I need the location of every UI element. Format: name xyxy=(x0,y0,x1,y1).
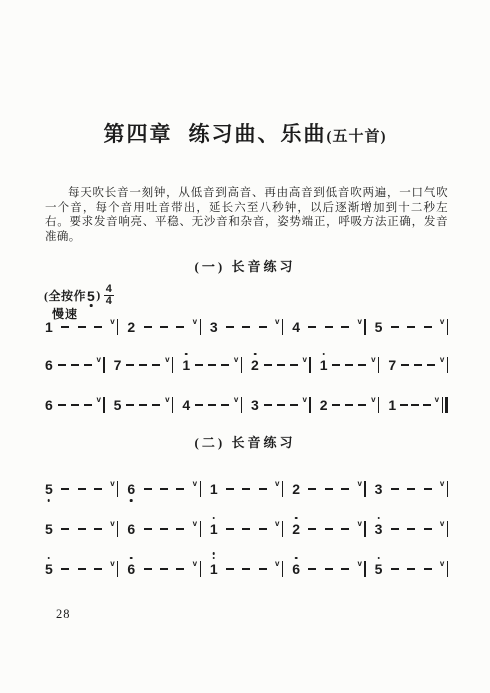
octave-dot-above xyxy=(212,552,215,555)
measure-end: v xyxy=(440,319,448,335)
octave-dot-below xyxy=(130,499,133,502)
measure-end: v xyxy=(193,481,201,497)
duration-dash xyxy=(341,488,349,490)
duration-dash xyxy=(277,364,285,366)
note: 6 xyxy=(127,482,135,496)
duration-dash xyxy=(242,528,250,530)
note: 5 xyxy=(114,398,122,412)
note: 7 xyxy=(114,358,122,372)
duration-dash xyxy=(61,528,69,530)
duration-dash xyxy=(391,488,399,490)
duration-dash xyxy=(160,528,168,530)
notation-line: 5v6v1v2v3v xyxy=(45,478,448,500)
duration-dash xyxy=(424,528,432,530)
duration-dash xyxy=(221,404,229,406)
measure-end: v xyxy=(303,357,311,373)
note: 5 xyxy=(45,562,53,576)
measure: 1v xyxy=(379,394,448,416)
breath-mark: v xyxy=(234,355,238,364)
duration-dash xyxy=(325,568,333,570)
note: 4 xyxy=(182,398,190,412)
measure-end: v xyxy=(440,357,448,373)
duration-dash xyxy=(358,364,366,366)
key-suffix: ) xyxy=(96,288,101,303)
note: 5 xyxy=(375,320,383,334)
duration-dash xyxy=(325,528,333,530)
measure-end: v xyxy=(275,481,283,497)
measure-end: v xyxy=(275,319,283,335)
duration-dash xyxy=(58,364,66,366)
measure-end: v xyxy=(96,357,104,373)
duration-dash xyxy=(160,568,168,570)
duration-dash xyxy=(407,568,415,570)
notation-line: 5v6v1v2v3v xyxy=(45,518,448,540)
breath-mark: v xyxy=(165,395,169,404)
duration-dash xyxy=(61,568,69,570)
duration-dash xyxy=(160,488,168,490)
duration-dash xyxy=(308,326,316,328)
breath-mark: v xyxy=(110,317,114,326)
measure: 5v xyxy=(366,558,448,580)
measure-end: v xyxy=(371,357,379,373)
time-signature-lower: 4 xyxy=(106,296,113,307)
duration-dash xyxy=(94,488,102,490)
duration-dash xyxy=(259,326,267,328)
measure: 2v xyxy=(283,478,365,500)
measure-end: v xyxy=(357,561,365,577)
note: 5 xyxy=(45,522,53,536)
note: 2 xyxy=(292,522,300,536)
measure-end: v xyxy=(357,521,365,537)
duration-dash xyxy=(290,364,298,366)
note: 1 xyxy=(182,358,190,372)
note: 5 xyxy=(375,562,383,576)
measure: 1v xyxy=(311,354,380,376)
duration-dash xyxy=(176,326,184,328)
duration-dash xyxy=(401,364,409,366)
section-heading-2: (二) 长音练习 xyxy=(0,432,490,451)
breath-mark: v xyxy=(440,559,444,568)
breath-mark: v xyxy=(275,479,279,488)
octave-dot-above xyxy=(254,353,257,356)
breath-mark: v xyxy=(371,355,375,364)
duration-dash xyxy=(221,364,229,366)
duration-dash xyxy=(195,364,203,366)
measure-end: v xyxy=(275,561,283,577)
breath-mark: v xyxy=(435,395,439,404)
duration-dash xyxy=(78,488,86,490)
chapter-title-text: 练习曲、乐曲 xyxy=(189,118,327,148)
note: 4 xyxy=(292,320,300,334)
breath-mark: v xyxy=(193,559,197,568)
duration-dash xyxy=(71,364,79,366)
duration-dash xyxy=(242,326,250,328)
duration-dash xyxy=(226,326,234,328)
duration-dash xyxy=(78,528,86,530)
octave-dot-above xyxy=(377,517,380,520)
measure-end: v xyxy=(193,521,201,537)
breath-mark: v xyxy=(193,317,197,326)
measure: 1v xyxy=(201,478,283,500)
measure-end: v xyxy=(110,521,118,537)
notation-line: 6v5v4v3v2v1v xyxy=(45,394,448,416)
breath-mark: v xyxy=(357,559,361,568)
note: 3 xyxy=(375,522,383,536)
duration-dash xyxy=(325,326,333,328)
note: 1 xyxy=(210,482,218,496)
chapter-number: 第四章 xyxy=(104,118,173,148)
duration-dash xyxy=(332,364,340,366)
duration-dash xyxy=(264,364,272,366)
breath-mark: v xyxy=(110,479,114,488)
breath-mark: v xyxy=(275,559,279,568)
duration-dash xyxy=(259,568,267,570)
note: 1 xyxy=(210,562,218,576)
duration-dash xyxy=(126,364,134,366)
measure: 6v xyxy=(283,558,365,580)
breath-mark: v xyxy=(303,355,307,364)
measure-end: v xyxy=(110,481,118,497)
intro-paragraph: 每天吹长音一刻钟，从低音到高音、再由高音到低音吹两遍，一口气吹一个音，每个音用吐… xyxy=(45,186,448,244)
key-note: 5 xyxy=(87,289,95,303)
duration-dash xyxy=(259,528,267,530)
barline xyxy=(447,561,448,577)
duration-dash xyxy=(61,488,69,490)
measure-end: v xyxy=(234,357,242,373)
barline xyxy=(447,521,448,537)
duration-dash xyxy=(308,568,316,570)
measure: 1v xyxy=(45,316,118,338)
duration-dash xyxy=(391,528,399,530)
duration-dash xyxy=(242,568,250,570)
octave-dot-above xyxy=(212,557,215,560)
duration-dash xyxy=(332,404,340,406)
measure-end: v xyxy=(357,319,365,335)
breath-mark: v xyxy=(275,519,279,528)
duration-dash xyxy=(71,404,79,406)
note: 2 xyxy=(320,398,328,412)
breath-mark: v xyxy=(440,479,444,488)
breath-mark: v xyxy=(193,479,197,488)
breath-mark: v xyxy=(110,519,114,528)
note: 7 xyxy=(388,358,396,372)
measure: 3v xyxy=(242,394,311,416)
breath-mark: v xyxy=(234,395,238,404)
octave-dot-below xyxy=(48,499,51,502)
duration-dash xyxy=(407,488,415,490)
duration-dash xyxy=(341,528,349,530)
duration-dash xyxy=(94,326,102,328)
duration-dash xyxy=(411,404,419,406)
measure-end: v xyxy=(234,397,242,413)
measure: 5v xyxy=(45,478,118,500)
measure: 6v xyxy=(45,394,105,416)
duration-dash xyxy=(144,528,152,530)
duration-dash xyxy=(277,404,285,406)
duration-dash xyxy=(414,364,422,366)
page-number: 28 xyxy=(56,607,71,622)
measure: 4v xyxy=(173,394,242,416)
measure: 5v xyxy=(45,558,118,580)
measure-end: v xyxy=(357,481,365,497)
note: 5 xyxy=(45,482,53,496)
duration-dash xyxy=(139,404,147,406)
duration-dash xyxy=(78,568,86,570)
breath-mark: v xyxy=(193,519,197,528)
duration-dash xyxy=(259,488,267,490)
breath-mark: v xyxy=(275,317,279,326)
section-heading-1: (一) 长音练习 xyxy=(0,256,490,275)
note: 2 xyxy=(292,482,300,496)
duration-dash xyxy=(226,568,234,570)
measure-end: v xyxy=(110,561,118,577)
breath-mark: v xyxy=(440,355,444,364)
octave-dot-above xyxy=(377,557,380,560)
duration-dash xyxy=(391,326,399,328)
breath-mark: v xyxy=(303,395,307,404)
measure-end: v xyxy=(165,357,173,373)
duration-dash xyxy=(400,404,408,406)
duration-dash xyxy=(308,528,316,530)
final-barline xyxy=(445,397,448,413)
duration-dash xyxy=(427,364,435,366)
duration-dash xyxy=(358,404,366,406)
duration-dash xyxy=(84,364,92,366)
measure: 6v xyxy=(45,354,105,376)
note: 1 xyxy=(320,358,328,372)
barline xyxy=(442,397,443,413)
measure: 7v xyxy=(105,354,174,376)
octave-dot-above xyxy=(212,517,215,520)
measure: 2v xyxy=(242,354,311,376)
duration-dash xyxy=(144,568,152,570)
breath-mark: v xyxy=(357,479,361,488)
breath-mark: v xyxy=(440,317,444,326)
duration-dash xyxy=(345,404,353,406)
duration-dash xyxy=(208,404,216,406)
duration-dash xyxy=(176,488,184,490)
note: 6 xyxy=(292,562,300,576)
measure: 7v xyxy=(379,354,448,376)
duration-dash xyxy=(424,488,432,490)
breath-mark: v xyxy=(96,355,100,364)
duration-dash xyxy=(94,528,102,530)
note: 1 xyxy=(45,320,53,334)
duration-dash xyxy=(391,568,399,570)
octave-dot-above xyxy=(130,557,133,560)
measure-end: v xyxy=(303,397,311,413)
note: 3 xyxy=(375,482,383,496)
octave-dot-above xyxy=(295,517,298,520)
measure-end: v xyxy=(96,397,104,413)
duration-dash xyxy=(94,568,102,570)
note: 6 xyxy=(127,562,135,576)
breath-mark: v xyxy=(96,395,100,404)
duration-dash xyxy=(78,326,86,328)
duration-dash xyxy=(407,528,415,530)
octave-dot-above xyxy=(185,353,188,356)
measure-end: v xyxy=(193,319,201,335)
barline xyxy=(447,319,448,335)
measure-end: v xyxy=(371,397,379,413)
duration-dash xyxy=(290,404,298,406)
octave-dot-above xyxy=(295,557,298,560)
duration-dash xyxy=(341,568,349,570)
octave-dot-below xyxy=(90,304,93,307)
duration-dash xyxy=(242,488,250,490)
measure: 1v xyxy=(201,558,283,580)
duration-dash xyxy=(308,488,316,490)
book-page: 第四章 练习曲、乐曲 (五十首) 每天吹长音一刻钟，从低音到高音、再由高音到低音… xyxy=(0,0,490,693)
measure-end: v xyxy=(435,397,448,413)
notation-line: 1v2v3v4v5v xyxy=(45,316,448,338)
measure-end: v xyxy=(440,521,448,537)
duration-dash xyxy=(264,404,272,406)
note: 3 xyxy=(210,320,218,334)
duration-dash xyxy=(407,326,415,328)
duration-dash xyxy=(126,404,134,406)
duration-dash xyxy=(160,326,168,328)
measure: 5v xyxy=(366,316,448,338)
measure: 2v xyxy=(311,394,380,416)
duration-dash xyxy=(152,364,160,366)
note: 6 xyxy=(45,398,53,412)
note: 1 xyxy=(388,398,396,412)
key-prefix: (全按作 xyxy=(44,287,86,304)
measure-end: v xyxy=(440,561,448,577)
measure-end: v xyxy=(110,319,118,335)
chapter-title: 第四章 练习曲、乐曲 (五十首) xyxy=(0,118,490,148)
measure: 6v xyxy=(118,518,200,540)
duration-dash xyxy=(424,326,432,328)
notation-line: 5v6v1v6v5v xyxy=(45,558,448,580)
duration-dash xyxy=(176,528,184,530)
duration-dash xyxy=(144,326,152,328)
duration-dash xyxy=(345,364,353,366)
barline xyxy=(447,481,448,497)
duration-dash xyxy=(424,568,432,570)
measure: 4v xyxy=(283,316,365,338)
duration-dash xyxy=(195,404,203,406)
measure: 3v xyxy=(366,478,448,500)
measure: 3v xyxy=(201,316,283,338)
measure-end: v xyxy=(440,481,448,497)
note: 2 xyxy=(251,358,259,372)
duration-dash xyxy=(139,364,147,366)
duration-dash xyxy=(144,488,152,490)
measure: 2v xyxy=(283,518,365,540)
breath-mark: v xyxy=(357,519,361,528)
measure: 1v xyxy=(201,518,283,540)
measure: 3v xyxy=(366,518,448,540)
measure: 1v xyxy=(173,354,242,376)
measure-end: v xyxy=(165,397,173,413)
measure: 6v xyxy=(118,478,200,500)
duration-dash xyxy=(226,488,234,490)
duration-dash xyxy=(341,326,349,328)
notation-line: 6v7v1v2v1v7v xyxy=(45,354,448,376)
duration-dash xyxy=(58,404,66,406)
breath-mark: v xyxy=(440,519,444,528)
measure: 5v xyxy=(45,518,118,540)
octave-dot-above xyxy=(48,557,51,560)
key-signature: (全按作 5 ) 4 4 xyxy=(44,284,114,307)
note: 6 xyxy=(45,358,53,372)
duration-dash xyxy=(208,364,216,366)
measure-end: v xyxy=(193,561,201,577)
note: 3 xyxy=(251,398,259,412)
note: 6 xyxy=(127,522,135,536)
duration-dash xyxy=(84,404,92,406)
duration-dash xyxy=(152,404,160,406)
breath-mark: v xyxy=(165,355,169,364)
duration-dash xyxy=(226,528,234,530)
breath-mark: v xyxy=(110,559,114,568)
time-signature: 4 4 xyxy=(104,284,115,307)
note: 2 xyxy=(127,320,135,334)
measure: 6v xyxy=(118,558,200,580)
measure: 2v xyxy=(118,316,200,338)
duration-dash xyxy=(176,568,184,570)
octave-dot-above xyxy=(322,353,325,356)
duration-dash xyxy=(61,326,69,328)
measure: 5v xyxy=(105,394,174,416)
barline xyxy=(447,357,448,373)
note: 1 xyxy=(210,522,218,536)
breath-mark: v xyxy=(357,317,361,326)
measure-end: v xyxy=(275,521,283,537)
chapter-title-count: (五十首) xyxy=(327,125,387,146)
breath-mark: v xyxy=(371,395,375,404)
duration-dash xyxy=(423,404,431,406)
duration-dash xyxy=(325,488,333,490)
